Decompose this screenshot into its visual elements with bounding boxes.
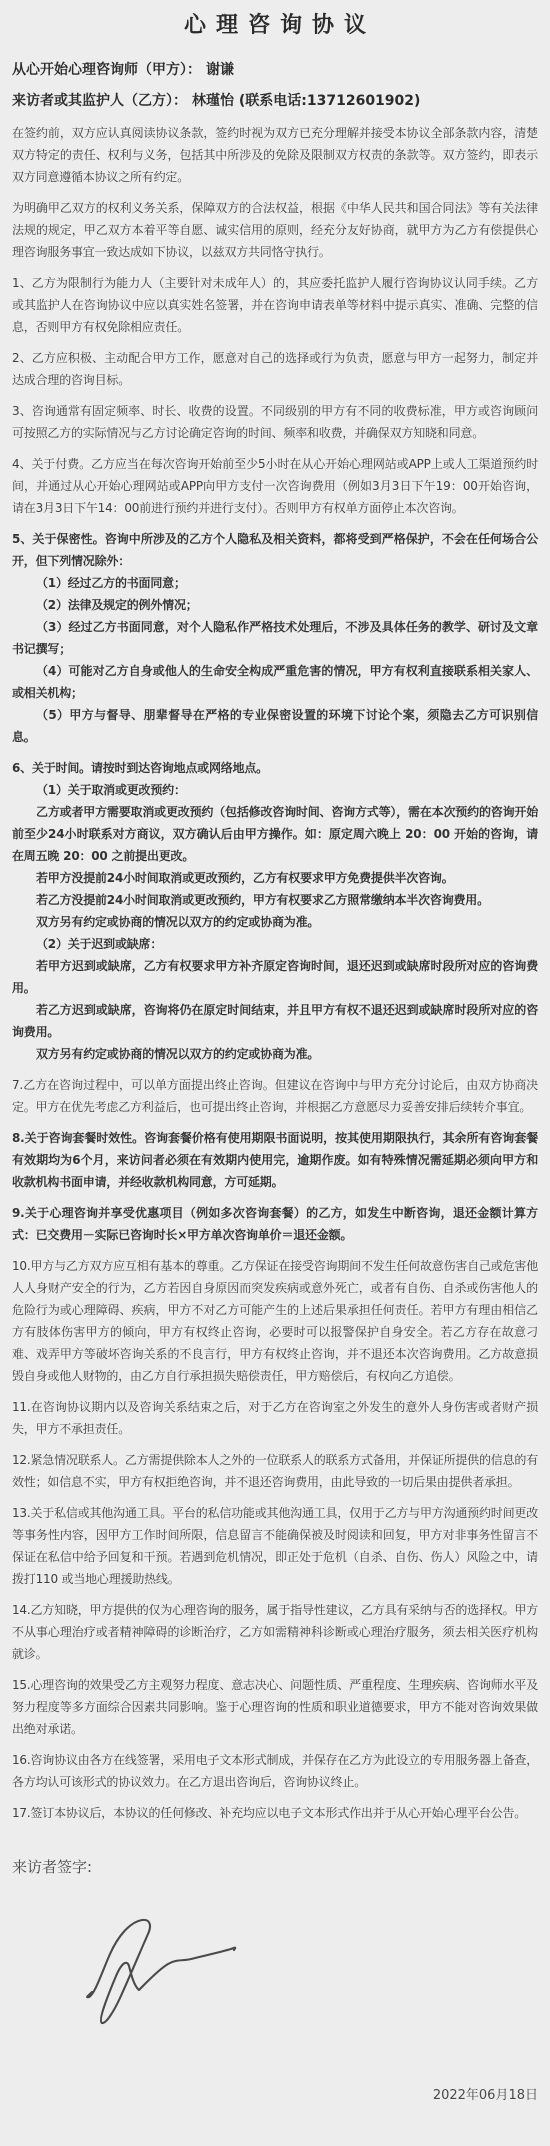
- clause-6: 6、关于时间。请按时到达咨询地点或网络地点。（1）关于取消或更改预约：乙方或者甲…: [12, 757, 538, 1065]
- signing-date: 2022年06月18日: [12, 2086, 538, 2106]
- clause-11-text: 11.在咨询协议期内以及咨询关系结束之后，对于乙方在咨询室之外发生的意外人身伤害…: [12, 1396, 538, 1440]
- clause-7: 7.乙方在咨询过程中，可以单方面提出终止咨询。但建议在咨询中与甲方充分讨论后，由…: [12, 1074, 538, 1118]
- clause-6-sub-1: （1）关于取消或更改预约：: [12, 779, 538, 801]
- clause-6-sub-7: 若甲方迟到或缺席，乙方有权要求甲方补齐原定咨询时间，退还迟到或缺席时段所对应的咨…: [12, 955, 538, 999]
- preamble-1: 在签约前，双方应认真阅读协议条款，签约时视为双方已充分理解并接受本协议全部条款内…: [12, 122, 538, 188]
- clause-12: 12.紧急情况联系人。乙方需提供除本人之外的一位联系人的联系方式备用，并保证所提…: [12, 1449, 538, 1493]
- clause-16: 16.咨询协议由各方在线签署，采用电子文本形式制成，并保存在乙方为此设立的专用服…: [12, 1749, 538, 1793]
- clause-6-sub-5: 双方另有约定或协商的情况以双方的约定或协商为准。: [12, 911, 538, 933]
- clause-14-text: 14.乙方知晓，甲方提供的仅为心理咨询的服务，属于指导性建议，乙方具有采纳与否的…: [12, 1599, 538, 1665]
- clause-1-text: 1、乙方为限制行为能力人（主要针对未成年人）的，其应委托监护人履行咨询协议认同手…: [12, 272, 538, 338]
- clause-7-text: 7.乙方在咨询过程中，可以单方面提出终止咨询。但建议在咨询中与甲方充分讨论后，由…: [12, 1074, 538, 1118]
- clause-17-text: 17.签订本协议后，本协议的任何修改、补充均应以电子文本形式作出并于从心开始心理…: [12, 1802, 538, 1824]
- clause-14: 14.乙方知晓，甲方提供的仅为心理咨询的服务，属于指导性建议，乙方具有采纳与否的…: [12, 1599, 538, 1665]
- clause-5-sub-1: （1）经过乙方的书面同意；: [12, 572, 538, 594]
- party-a-name: 谢谦: [206, 62, 234, 78]
- preamble-text: 为明确甲乙双方的权利义务关系，保障双方的合法权益，根据《中华人民共和国合同法》等…: [12, 197, 538, 263]
- clause-10: 10.甲方与乙方双方应互相有基本的尊重。乙方保证在接受咨询期间不发生任何故意伤害…: [12, 1255, 538, 1387]
- clause-6-text: 6、关于时间。请按时到达咨询地点或网络地点。: [12, 757, 538, 779]
- clause-15: 15.心理咨询的效果受乙方主观努力程度、意志决心、问题性质、严重程度、生理疾病、…: [12, 1674, 538, 1740]
- clause-17: 17.签订本协议后，本协议的任何修改、补充均应以电子文本形式作出并于从心开始心理…: [12, 1802, 538, 1824]
- signature-image: [82, 1912, 252, 2034]
- agreement-page: 心理咨询协议 从心开始心理咨询师（甲方）：谢谦 来访者或其监护人（乙方）：林瑾怡…: [0, 0, 550, 2146]
- clause-6-sub-8: 若乙方迟到或缺席，咨询将仍在原定时间结束，并且甲方有权不退还迟到或缺席时段所对应…: [12, 999, 538, 1043]
- clause-16-text: 16.咨询协议由各方在线签署，采用电子文本形式制成，并保存在乙方为此设立的专用服…: [12, 1749, 538, 1793]
- clause-11: 11.在咨询协议期内以及咨询关系结束之后，对于乙方在咨询室之外发生的意外人身伤害…: [12, 1396, 538, 1440]
- clause-13: 13.关于私信或其他沟通工具。平台的私信功能或其他沟通工具，仅用于乙方与甲方沟通…: [12, 1502, 538, 1590]
- clause-6-sub-2: 乙方或者甲方需要取消或更改预约（包括修改咨询时间、咨询方式等），需在本次预约的咨…: [12, 801, 538, 867]
- clause-3-text: 3、咨询通常有固定频率、时长、收费的设置。不同级别的甲方有不同的收费标准，甲方或…: [12, 400, 538, 444]
- visitor-sign-label: 来访者签字:: [12, 1856, 538, 1878]
- clauses: 1、乙方为限制行为能力人（主要针对未成年人）的，其应委托监护人履行咨询协议认同手…: [12, 272, 538, 1824]
- clause-5-text: 5、关于保密性。咨询中所涉及的乙方个人隐私及相关资料，都将受到严格保护，不会在任…: [12, 528, 538, 572]
- clause-4: 4、关于付费。乙方应当在每次咨询开始前至少5小时在从心开始心理网站或APP上或人…: [12, 453, 538, 519]
- signature-area: [82, 1912, 538, 2034]
- clause-12-text: 12.紧急情况联系人。乙方需提供除本人之外的一位联系人的联系方式备用，并保证所提…: [12, 1449, 538, 1493]
- clause-9-text: 9.关于心理咨询并享受优惠项目（例如多次咨询套餐）的乙方，如发生中断咨询，退还金…: [12, 1202, 538, 1246]
- clause-10-text: 10.甲方与乙方双方应互相有基本的尊重。乙方保证在接受咨询期间不发生任何故意伤害…: [12, 1255, 538, 1387]
- clause-4-text: 4、关于付费。乙方应当在每次咨询开始前至少5小时在从心开始心理网站或APP上或人…: [12, 453, 538, 519]
- clause-13-text: 13.关于私信或其他沟通工具。平台的私信功能或其他沟通工具，仅用于乙方与甲方沟通…: [12, 1502, 538, 1590]
- clause-6-sub-3: 若甲方没提前24小时间取消或更改预约，乙方有权要求甲方免费提供半次咨询。: [12, 867, 538, 889]
- clause-2: 2、乙方应积极、主动配合甲方工作，愿意对自己的选择或行为负责，愿意与甲方一起努力…: [12, 347, 538, 391]
- clause-1: 1、乙方为限制行为能力人（主要针对未成年人）的，其应委托监护人履行咨询协议认同手…: [12, 272, 538, 338]
- clause-5: 5、关于保密性。咨询中所涉及的乙方个人隐私及相关资料，都将受到严格保护，不会在任…: [12, 528, 538, 748]
- clause-2-text: 2、乙方应积极、主动配合甲方工作，愿意对自己的选择或行为负责，愿意与甲方一起努力…: [12, 347, 538, 391]
- party-b-line: 来访者或其监护人（乙方）：林瑾怡 (联系电话:13712601902): [12, 91, 538, 111]
- party-a-line: 从心开始心理咨询师（甲方）：谢谦: [12, 60, 538, 80]
- clause-6-sub-6: （2）关于迟到或缺席：: [12, 933, 538, 955]
- page-title: 心理咨询协议: [12, 12, 538, 40]
- party-b-label: 来访者或其监护人（乙方）：: [12, 93, 187, 109]
- clause-6-sub-9: 双方另有约定或协商的情况以双方的约定或协商为准。: [12, 1043, 538, 1065]
- preamble-text: 在签约前，双方应认真阅读协议条款，签约时视为双方已充分理解并接受本协议全部条款内…: [12, 122, 538, 188]
- clause-15-text: 15.心理咨询的效果受乙方主观努力程度、意志决心、问题性质、严重程度、生理疾病、…: [12, 1674, 538, 1740]
- clause-3: 3、咨询通常有固定频率、时长、收费的设置。不同级别的甲方有不同的收费标准，甲方或…: [12, 400, 538, 444]
- clause-9: 9.关于心理咨询并享受优惠项目（例如多次咨询套餐）的乙方，如发生中断咨询，退还金…: [12, 1202, 538, 1246]
- clause-6-sub-4: 若乙方没提前24小时间取消或更改预约，甲方有权要求乙方照常缴纳本半次咨询费用。: [12, 889, 538, 911]
- clause-5-sub-2: （2）法律及规定的例外情况；: [12, 594, 538, 616]
- preamble-2: 为明确甲乙双方的权利义务关系，保障双方的合法权益，根据《中华人民共和国合同法》等…: [12, 197, 538, 263]
- clause-5-sub-5: （5）甲方与督导、朋辈督导在严格的专业保密设置的环境下讨论个案，须隐去乙方可识别…: [12, 704, 538, 748]
- party-b-name: 林瑾怡 (联系电话:13712601902): [192, 93, 420, 109]
- clause-5-sub-4: （4）可能对乙方自身或他人的生命安全构成严重危害的情况，甲方有权利直接联系相关家…: [12, 660, 538, 704]
- clause-8: 8.关于咨询套餐时效性。咨询套餐价格有使用期限书面说明，按其使用期限执行，其余所…: [12, 1127, 538, 1193]
- party-a-label: 从心开始心理咨询师（甲方）：: [12, 62, 201, 78]
- clause-8-text: 8.关于咨询套餐时效性。咨询套餐价格有使用期限书面说明，按其使用期限执行，其余所…: [12, 1127, 538, 1193]
- clause-5-sub-3: （3）经过乙方书面同意，对个人隐私作严格技术处理后，不涉及具体任务的教学、研讨及…: [12, 616, 538, 660]
